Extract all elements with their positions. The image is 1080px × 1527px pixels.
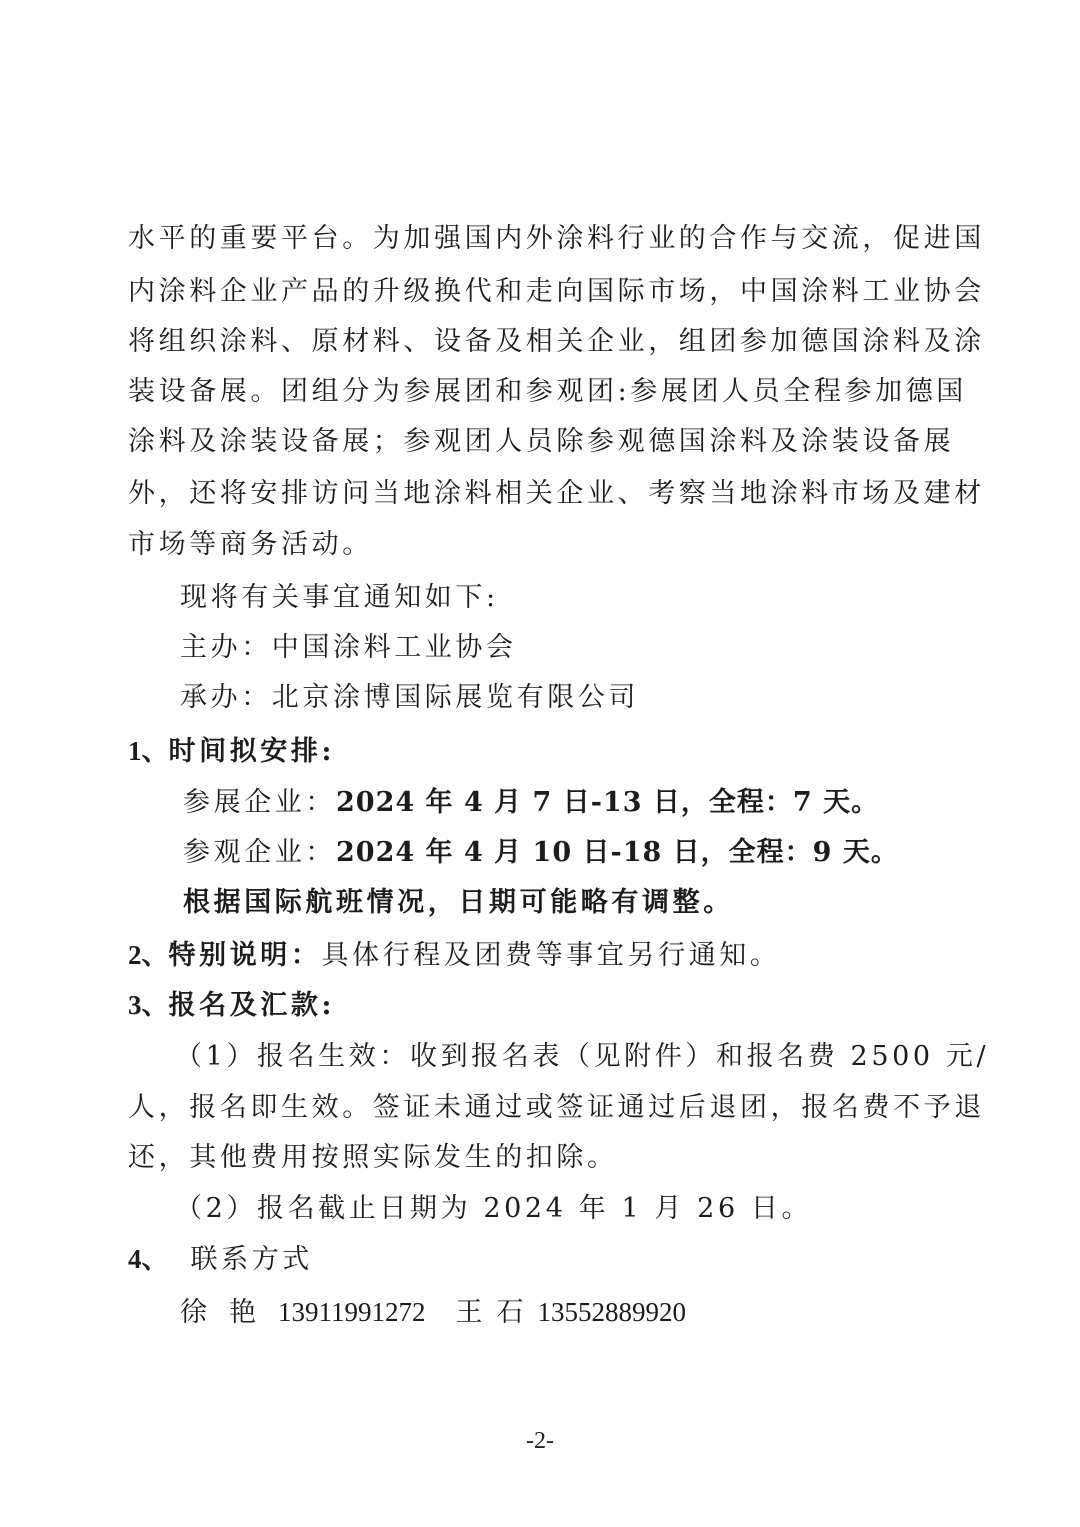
section-3-title: 报名及汇款: xyxy=(169,990,336,1021)
exhibitor-label: 参展企业： xyxy=(183,787,336,818)
contact-list: 徐艳13911991272王石13552889920 xyxy=(180,1295,716,1330)
intro-line-4: 装设备展。团组分为参展团和参观团:参展团人员全程参加德国 xyxy=(128,375,967,409)
contact-name-1: 徐艳 xyxy=(180,1296,278,1330)
section-2: 2、特别说明：具体行程及团费等事宜另行通知。 xyxy=(128,938,781,973)
section-3-number: 3、 xyxy=(128,990,169,1020)
exhibitor-schedule: 参展企业：2024 年 4 月 7 日-13 日，全程：7 天。 xyxy=(183,786,879,820)
section-4-heading: 4、联系方式 xyxy=(128,1242,313,1277)
notice-intro: 现将有关事宜通知如下: xyxy=(180,581,499,615)
section-1-heading: 1、时间拟安排: xyxy=(128,734,335,769)
visitor-schedule: 参观企业：2024 年 4 月 10 日-18 日，全程：9 天。 xyxy=(183,836,899,870)
intro-line-1: 水平的重要平台。为加强国内外涂料行业的合作与交流，促进国 xyxy=(128,222,985,256)
page-number: -2- xyxy=(0,1428,1080,1455)
section-1-title: 时间拟安排: xyxy=(169,736,336,767)
registration-item-1-line-2: 人，报名即生效。签证未通过或签证通过后退团，报名费不予退 xyxy=(128,1091,985,1125)
contact-name-2: 王石 xyxy=(456,1296,538,1330)
intro-line-7: 市场等商务活动。 xyxy=(128,528,373,562)
intro-line-6: 外，还将安排访问当地涂料相关企业、考察当地涂料市场及建材 xyxy=(128,477,985,511)
registration-item-1-line-3: 还，其他费用按照实际发生的扣除。 xyxy=(128,1141,618,1175)
contact-phone-1: 13911991272 xyxy=(278,1295,426,1329)
section-2-number: 2、 xyxy=(128,940,169,970)
co-organizer: 承办：北京涂博国际展览有限公司 xyxy=(180,681,639,715)
section-4-title: 联系方式 xyxy=(191,1244,313,1275)
section-4-number: 4、 xyxy=(128,1244,169,1274)
section-3-heading: 3、报名及汇款: xyxy=(128,988,335,1023)
section-2-title: 特别说明： xyxy=(169,940,322,971)
document-page: 水平的重要平台。为加强国内外涂料行业的合作与交流，促进国 内涂料企业产品的升级换… xyxy=(0,0,1080,1527)
visitor-label: 参观企业： xyxy=(183,837,336,868)
exhibitor-dates: 2024 年 4 月 7 日-13 日，全程：7 天。 xyxy=(336,787,879,818)
section-1-number: 1、 xyxy=(128,736,169,766)
intro-line-5: 涂料及涂装设备展；参观团人员除参观德国涂料及涂装设备展 xyxy=(128,425,954,459)
contact-phone-2: 13552889920 xyxy=(538,1295,687,1329)
schedule-note: 根据国际航班情况，日期可能略有调整。 xyxy=(183,886,734,920)
visitor-dates: 2024 年 4 月 10 日-18 日，全程：9 天。 xyxy=(336,837,899,868)
section-2-text: 具体行程及团费等事宜另行通知。 xyxy=(322,940,781,971)
organizer: 主办：中国涂料工业协会 xyxy=(180,631,517,665)
registration-item-1-line-1: （1）报名生效：收到报名表（见附件）和报名费 2500 元/ xyxy=(175,1040,989,1074)
intro-line-3: 将组织涂料、原材料、设备及相关企业，组团参加德国涂料及涂 xyxy=(128,325,985,359)
intro-line-2: 内涂料企业产品的升级换代和走向国际市场，中国涂料工业协会 xyxy=(128,275,985,309)
registration-deadline: （2）报名截止日期为 2024 年 1 月 26 日。 xyxy=(175,1192,812,1226)
